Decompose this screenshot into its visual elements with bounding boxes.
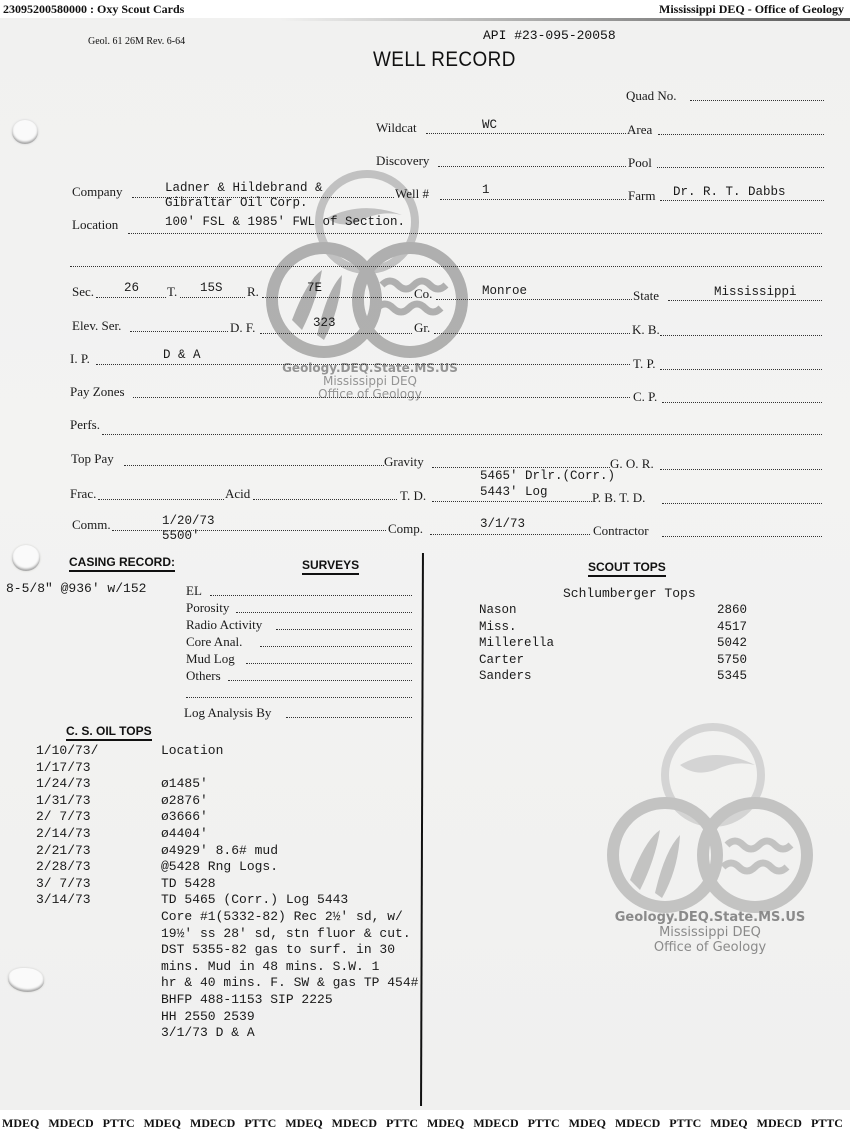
oil-tops-log: 1/10/73/ Location 1/17/73 1/24/73 ø1485'… — [36, 743, 436, 1042]
company-value-line2: Gibraltar Oil Corp. — [165, 196, 308, 210]
log-row: 1/24/73 ø1485' — [36, 776, 436, 793]
pbtd-field[interactable] — [662, 503, 822, 504]
pool-label: Pool — [628, 155, 652, 171]
location-field-line2[interactable] — [70, 266, 822, 267]
gor-label: G. O. R. — [610, 456, 654, 472]
state-field[interactable] — [668, 300, 822, 301]
formation-depth: 5750 — [717, 653, 747, 667]
log-date: 2/14/73 — [36, 826, 91, 841]
survey-row-mud-log[interactable]: Mud Log — [184, 651, 412, 668]
comm-label: Comm. — [72, 517, 111, 533]
survey-label: Mud Log — [186, 651, 235, 667]
gravity-label: Gravity — [384, 454, 424, 470]
survey-label: Porosity — [186, 600, 229, 616]
survey-row-el[interactable]: EL — [184, 583, 412, 600]
survey-row-porosity[interactable]: Porosity — [184, 600, 412, 617]
survey-label: Radio Activity — [186, 617, 262, 633]
comm-field[interactable] — [112, 530, 386, 531]
td-label: T. D. — [400, 488, 426, 504]
log-note: 19½' ss 28' sd, stn fluor & cut. — [161, 926, 411, 941]
area-field[interactable] — [658, 134, 824, 135]
punch-hole-icon — [12, 545, 40, 571]
county-value: Monroe — [482, 284, 527, 298]
township-label: T. — [167, 284, 177, 300]
log-note: 3/1/73 D & A — [161, 1025, 255, 1040]
log-continuation-line: BHFP 488-1153 SIP 2225 — [36, 992, 436, 1009]
survey-row-radio-activity[interactable]: Radio Activity — [184, 617, 412, 634]
api-number: API #23-095-20058 — [483, 28, 616, 43]
log-note: DST 5355-82 gas to surf. in 30 — [161, 942, 395, 957]
oil-tops-heading: C. S. OIL TOPS — [66, 724, 152, 741]
watermark-text: Geology.DEQ.State.MS.US Mississippi DEQ … — [600, 910, 820, 955]
casing-record-heading: CASING RECORD: — [69, 555, 175, 572]
state-value: Mississippi — [714, 285, 797, 299]
log-row: 1/17/73 — [36, 760, 436, 777]
pay-zones-label: Pay Zones — [70, 384, 125, 400]
survey-row-others[interactable]: Others — [184, 668, 412, 685]
survey-dots — [186, 697, 412, 698]
farm-label: Farm — [628, 188, 655, 204]
table-row: Miss. 4517 — [479, 620, 747, 637]
log-row: 3/ 7/73 TD 5428 — [36, 876, 436, 893]
gor-field[interactable] — [660, 469, 822, 470]
survey-dots — [286, 717, 412, 718]
ip-field[interactable] — [96, 364, 630, 365]
state-label: State — [633, 288, 659, 304]
table-row: Nason 2860 — [479, 603, 747, 620]
top-pay-label: Top Pay — [71, 451, 114, 467]
survey-label: EL — [186, 583, 202, 599]
log-row: 3/14/73 TD 5465 (Corr.) Log 5443 — [36, 892, 436, 909]
survey-dots — [210, 595, 412, 596]
td-value-log: 5443' Log — [480, 485, 548, 499]
log-date: 2/ 7/73 — [36, 809, 91, 824]
discovery-field[interactable] — [438, 166, 626, 167]
log-note: Location — [161, 743, 223, 758]
perfs-label: Perfs. — [70, 417, 100, 433]
df-label: D. F. — [230, 320, 255, 336]
kb-field[interactable] — [660, 335, 822, 336]
log-date: 1/24/73 — [36, 776, 91, 791]
farm-value: Dr. R. T. Dabbs — [673, 185, 786, 199]
cp-field[interactable] — [662, 402, 822, 403]
punch-hole-icon — [12, 120, 38, 144]
watermark-text: Geology.DEQ.State.MS.US Mississippi DEQ … — [270, 362, 470, 401]
survey-row-blank[interactable] — [184, 685, 412, 702]
log-continuation-line: 19½' ss 28' sd, stn fluor & cut. — [36, 926, 436, 943]
well-no-value: 1 — [482, 183, 490, 197]
elev-ser-label: Elev. Ser. — [72, 318, 121, 334]
footer-agency-strip: MDEQ MDECD PTTC MDEQ MDECD PTTC MDEQ MDE… — [0, 1113, 850, 1133]
sec-value: 26 — [124, 281, 139, 295]
casing-record-value: 8-5/8" @936' w/152 — [6, 581, 146, 596]
tp-label: T. P. — [633, 356, 656, 372]
comp-label: Comp. — [388, 521, 423, 537]
comp-value: 3/1/73 — [480, 517, 525, 531]
log-date: 3/14/73 — [36, 892, 91, 907]
scout-tops-heading: SCOUT TOPS — [588, 560, 666, 577]
watermark-agency: Mississippi DEQ — [600, 925, 820, 940]
kb-label: K. B. — [632, 322, 660, 338]
survey-row-log-analysis-by[interactable]: Log Analysis By — [184, 702, 412, 719]
survey-label: Core Anal. — [186, 634, 242, 650]
log-date: 1/10/73/ — [36, 743, 98, 758]
area-label: Area — [627, 122, 652, 138]
formation-depth: 5042 — [717, 636, 747, 650]
township-value: 15S — [200, 281, 223, 295]
formation-name: Miss. — [479, 620, 517, 634]
formation-name: Nason — [479, 603, 517, 617]
formation-depth: 5345 — [717, 669, 747, 683]
log-date: 2/28/73 — [36, 859, 91, 874]
discovery-label: Discovery — [376, 153, 429, 169]
scout-tops-table: Nason 2860 Miss. 4517 Millerella 5042 Ca… — [479, 603, 747, 686]
well-no-field[interactable] — [440, 199, 626, 200]
quad-no-field[interactable] — [690, 100, 824, 101]
top-pay-field[interactable] — [124, 465, 384, 466]
log-note: ø1485' — [161, 776, 208, 791]
sec-label: Sec. — [72, 284, 94, 300]
wildcat-label: Wildcat — [376, 120, 417, 136]
form-number: Geol. 61 26M Rev. 6-64 — [88, 36, 185, 47]
df-value: 323 — [313, 316, 336, 330]
schlumberger-tops-subheading: Schlumberger Tops — [563, 586, 696, 601]
sec-field[interactable] — [96, 297, 166, 298]
log-note: @5428 Rng Logs. — [161, 859, 278, 874]
survey-dots — [260, 646, 412, 647]
log-continuation-line: hr & 40 mins. F. SW & gas TP 454# — [36, 975, 436, 992]
township-field[interactable] — [180, 297, 245, 298]
watermark-office: Office of Geology — [600, 940, 820, 955]
county-label: Co. — [414, 286, 432, 302]
df-field[interactable] — [260, 333, 412, 334]
log-continuation-line: DST 5355-82 gas to surf. in 30 — [36, 942, 436, 959]
formation-name: Carter — [479, 653, 524, 667]
log-note: mins. Mud in 48 mins. S.W. 1 — [161, 959, 379, 974]
survey-label: Log Analysis By — [184, 705, 271, 721]
range-field[interactable] — [262, 297, 412, 298]
log-continuation-line: HH 2550 2539 — [36, 1009, 436, 1026]
farm-field[interactable] — [660, 200, 824, 201]
ip-value: D & A — [163, 348, 201, 362]
table-row: Carter 5750 — [479, 653, 747, 670]
location-field[interactable] — [128, 233, 822, 234]
log-continuation-line: Core #1(5332-82) Rec 2½' sd, w/ — [36, 909, 436, 926]
cp-label: C. P. — [633, 389, 657, 405]
mdeq-logo-watermark-icon — [605, 715, 815, 915]
survey-dots — [228, 680, 412, 681]
ip-label: I. P. — [70, 351, 90, 367]
tp-field[interactable] — [660, 369, 822, 370]
well-no-label: Well # — [395, 186, 429, 202]
wildcat-field[interactable] — [426, 133, 626, 134]
log-row: 1/10/73/ Location — [36, 743, 436, 760]
company-value-line1: Ladner & Hildebrand & — [165, 181, 323, 195]
pbtd-label: P. B. T. D. — [592, 490, 645, 506]
log-note: HH 2550 2539 — [161, 1009, 255, 1024]
agency-title: Mississippi DEQ - Office of Geology — [659, 0, 844, 18]
log-note: ø4404' — [161, 826, 208, 841]
gr-label: Gr. — [414, 320, 430, 336]
survey-dots — [236, 612, 412, 613]
county-field[interactable] — [436, 299, 632, 300]
page-title: WELL RECORD — [373, 48, 516, 72]
range-label: R. — [247, 284, 259, 300]
log-date: 2/21/73 — [36, 843, 91, 858]
record-id-title: 23095200580000 : Oxy Scout Cards — [3, 0, 184, 18]
formation-depth: 2860 — [717, 603, 747, 617]
watermark-url: Geology.DEQ.State.MS.US — [600, 910, 820, 925]
log-note: hr & 40 mins. F. SW & gas TP 454# — [161, 975, 418, 990]
survey-dots — [246, 663, 412, 664]
formation-name: Sanders — [479, 669, 532, 683]
table-row: Sanders 5345 — [479, 669, 747, 686]
table-row: Millerella 5042 — [479, 636, 747, 653]
contractor-field[interactable] — [662, 536, 822, 537]
log-date: 3/ 7/73 — [36, 876, 91, 891]
location-label: Location — [72, 217, 118, 233]
log-note: BHFP 488-1153 SIP 2225 — [161, 992, 333, 1007]
comm-value-depth: 5500' — [162, 529, 200, 543]
log-row: 2/ 7/73 ø3666' — [36, 809, 436, 826]
log-note: ø4929' 8.6# mud — [161, 843, 278, 858]
comp-field[interactable] — [430, 534, 590, 535]
log-row: 1/31/73 ø2876' — [36, 793, 436, 810]
log-row: 2/21/73 ø4929' 8.6# mud — [36, 843, 436, 860]
log-row: 2/14/73 ø4404' — [36, 826, 436, 843]
surveys-heading: SURVEYS — [302, 558, 359, 575]
log-note: ø3666' — [161, 809, 208, 824]
log-note: TD 5428 — [161, 876, 216, 891]
company-label: Company — [72, 184, 123, 200]
formation-name: Millerella — [479, 636, 554, 650]
elev-ser-field[interactable] — [130, 331, 228, 332]
gravity-field[interactable] — [432, 467, 610, 468]
acid-field[interactable] — [253, 499, 397, 500]
log-continuation-line: 3/1/73 D & A — [36, 1025, 436, 1042]
td-field[interactable] — [432, 501, 592, 502]
log-note: TD 5465 (Corr.) Log 5443 — [161, 892, 348, 907]
log-continuation-line: mins. Mud in 48 mins. S.W. 1 — [36, 959, 436, 976]
frac-label: Frac. — [70, 486, 96, 502]
survey-label: Others — [186, 668, 221, 684]
td-value-driller: 5465' Drlr.(Corr.) — [480, 469, 615, 483]
log-date: 1/17/73 — [36, 760, 91, 775]
location-value: 100' FSL & 1985' FWL of Section. — [165, 215, 405, 229]
surveys-list: EL Porosity Radio Activity Core Anal. Mu… — [184, 583, 412, 719]
comm-value-date: 1/20/73 — [162, 514, 215, 528]
perfs-field[interactable] — [102, 434, 822, 435]
pay-zones-field[interactable] — [133, 397, 630, 398]
survey-dots — [276, 629, 412, 630]
formation-depth: 4517 — [717, 620, 747, 634]
range-value: 7E — [307, 281, 322, 295]
document-header: 23095200580000 : Oxy Scout Cards Mississ… — [0, 0, 850, 18]
watermark-office: Office of Geology — [270, 388, 470, 401]
survey-row-core-anal[interactable]: Core Anal. — [184, 634, 412, 651]
quad-no-label: Quad No. — [626, 88, 677, 104]
log-row: 2/28/73 @5428 Rng Logs. — [36, 859, 436, 876]
contractor-label: Contractor — [593, 523, 649, 539]
log-note: ø2876' — [161, 793, 208, 808]
wildcat-value: WC — [482, 118, 497, 132]
log-note: Core #1(5332-82) Rec 2½' sd, w/ — [161, 909, 403, 924]
log-date: 1/31/73 — [36, 793, 91, 808]
gr-field[interactable] — [434, 333, 630, 334]
frac-field[interactable] — [98, 499, 224, 500]
page-edge-shadow — [280, 18, 850, 21]
acid-label: Acid — [225, 486, 250, 502]
pool-field[interactable] — [657, 167, 824, 168]
